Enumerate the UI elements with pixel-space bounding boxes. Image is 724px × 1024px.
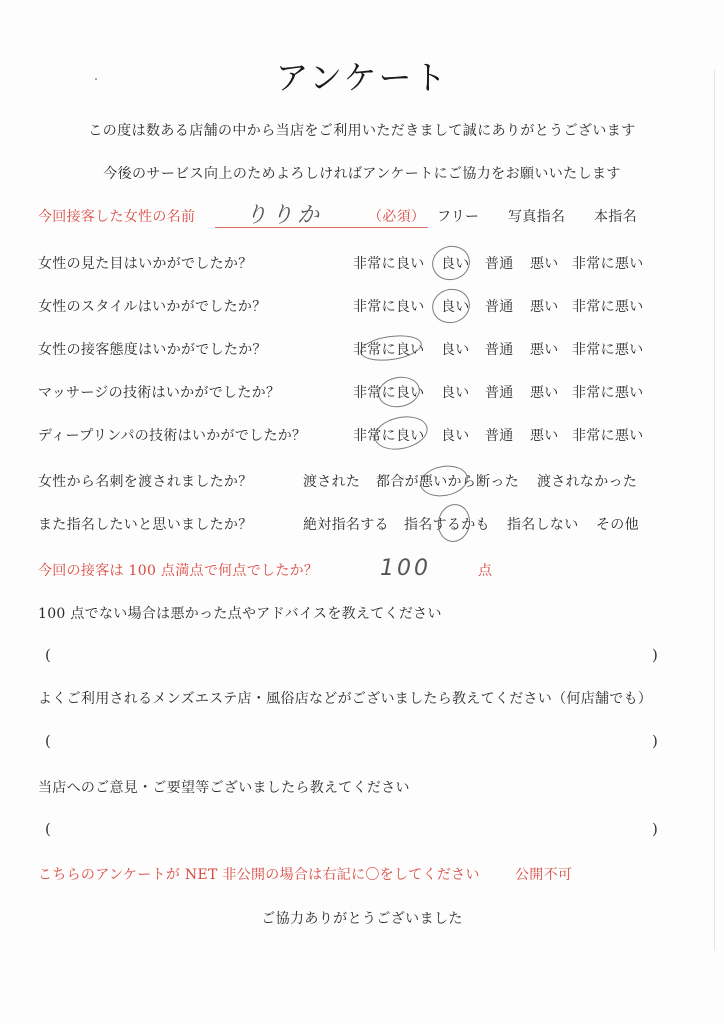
score-unit: 点 xyxy=(478,560,492,580)
name-field-value[interactable]: りりか xyxy=(245,198,323,229)
intro-line-2: 今後のサービス向上のためよろしければアンケートにご協力をお願いいたします xyxy=(0,163,724,183)
selection-circle-mark xyxy=(376,374,423,411)
nomination-option-free[interactable]: フリー xyxy=(437,206,479,226)
option-good[interactable]: 良い xyxy=(441,425,470,445)
opinions-question-label: 当店へのご意見・ご要望等ございましたら教えてください xyxy=(38,777,410,797)
opinions-close-paren: ) xyxy=(652,820,658,838)
intro-line-1: この度は数ある店舗の中から当店をご利用いただきまして誠にありがとうございます xyxy=(0,120,724,140)
feedback-question-label: 100 点でない場合は悪かった点やアドバイスを教えてください xyxy=(38,603,442,623)
option-definitely[interactable]: 絶対指名する xyxy=(303,514,389,534)
feedback-input[interactable] xyxy=(60,644,645,666)
selection-circle-mark xyxy=(435,502,473,545)
score-value[interactable]: 100 xyxy=(380,556,431,581)
other-shops-close-paren: ) xyxy=(652,732,658,750)
option-average[interactable]: 普通 xyxy=(485,296,514,316)
option-very-bad[interactable]: 非常に悪い xyxy=(572,425,644,445)
required-label: （必須） xyxy=(368,206,425,226)
opinions-input[interactable] xyxy=(60,818,645,840)
pen-circle-mark xyxy=(418,462,470,500)
nomination-option-photo[interactable]: 写真指名 xyxy=(508,206,565,226)
option-bad[interactable]: 悪い xyxy=(530,253,559,273)
option-bad[interactable]: 悪い xyxy=(530,382,559,402)
option-very-bad[interactable]: 非常に悪い xyxy=(572,296,644,316)
option-average[interactable]: 普通 xyxy=(485,425,514,445)
name-field-label: 今回接客した女性の名前 xyxy=(38,206,195,226)
option-very-good[interactable]: 非常に良い xyxy=(353,253,425,273)
nomination-option-main[interactable]: 本指名 xyxy=(594,206,637,226)
question-label: 女性の見た目はいかがでしたか？ xyxy=(38,253,253,273)
privacy-instruction: こちらのアンケートが NET 非公開の場合は右記に〇をしてください xyxy=(38,864,480,884)
option-very-bad[interactable]: 非常に悪い xyxy=(572,253,644,273)
selection-circle-mark xyxy=(371,412,430,455)
option-no[interactable]: 指名しない xyxy=(507,514,579,534)
option-very-bad[interactable]: 非常に悪い xyxy=(572,339,644,359)
option-average[interactable]: 普通 xyxy=(485,253,514,273)
survey-page: アンケート この度は数ある店舗の中から当店をご利用いただきまして誠にありがとうご… xyxy=(0,0,724,1024)
name-field-underline xyxy=(215,227,428,228)
page-title: アンケート xyxy=(0,52,724,99)
option-very-bad[interactable]: 非常に悪い xyxy=(572,382,644,402)
selection-circle-mark xyxy=(359,332,424,364)
feedback-open-paren: ( xyxy=(45,646,51,664)
other-shops-question-label: よくご利用されるメンズエステ店・風俗店などがございましたら教えてください（何店舗… xyxy=(38,688,652,708)
feedback-close-paren: ) xyxy=(652,646,658,664)
selection-circle-mark xyxy=(428,242,474,285)
option-average[interactable]: 普通 xyxy=(485,339,514,359)
option-very-good[interactable]: 非常に良い xyxy=(353,296,425,316)
option-bad[interactable]: 悪い xyxy=(530,425,559,445)
other-shops-open-paren: ( xyxy=(45,732,51,750)
option-average[interactable]: 普通 xyxy=(485,382,514,402)
privacy-option-private[interactable]: 公開不可 xyxy=(515,864,572,884)
option-received[interactable]: 渡された xyxy=(303,471,360,491)
question-label: ディープリンパの技術はいかがでしたか？ xyxy=(38,425,306,445)
score-question-label: 今回の接客は 100 点満点で何点でしたか？ xyxy=(38,560,318,580)
option-other[interactable]: その他 xyxy=(596,514,639,534)
question-label: 女性のスタイルはいかがでしたか？ xyxy=(38,296,267,316)
option-not-received[interactable]: 渡されなかった xyxy=(537,471,637,491)
opinions-open-paren: ( xyxy=(45,820,51,838)
option-good[interactable]: 良い xyxy=(441,382,470,402)
option-good[interactable]: 良い xyxy=(441,339,470,359)
question-label: マッサージの技術はいかがでしたか？ xyxy=(38,382,280,402)
scan-edge-line xyxy=(714,70,715,950)
closing-message: ご協力ありがとうございました xyxy=(0,908,724,928)
selection-circle-mark xyxy=(428,285,474,328)
other-shops-input[interactable] xyxy=(60,730,645,752)
question-label: 女性の接客態度はいかがでしたか？ xyxy=(38,339,267,359)
option-bad[interactable]: 悪い xyxy=(530,339,559,359)
option-bad[interactable]: 悪い xyxy=(530,296,559,316)
question-label: また指名したいと思いましたか？ xyxy=(38,514,253,534)
question-label: 女性から名刺を渡されましたか？ xyxy=(38,471,253,491)
